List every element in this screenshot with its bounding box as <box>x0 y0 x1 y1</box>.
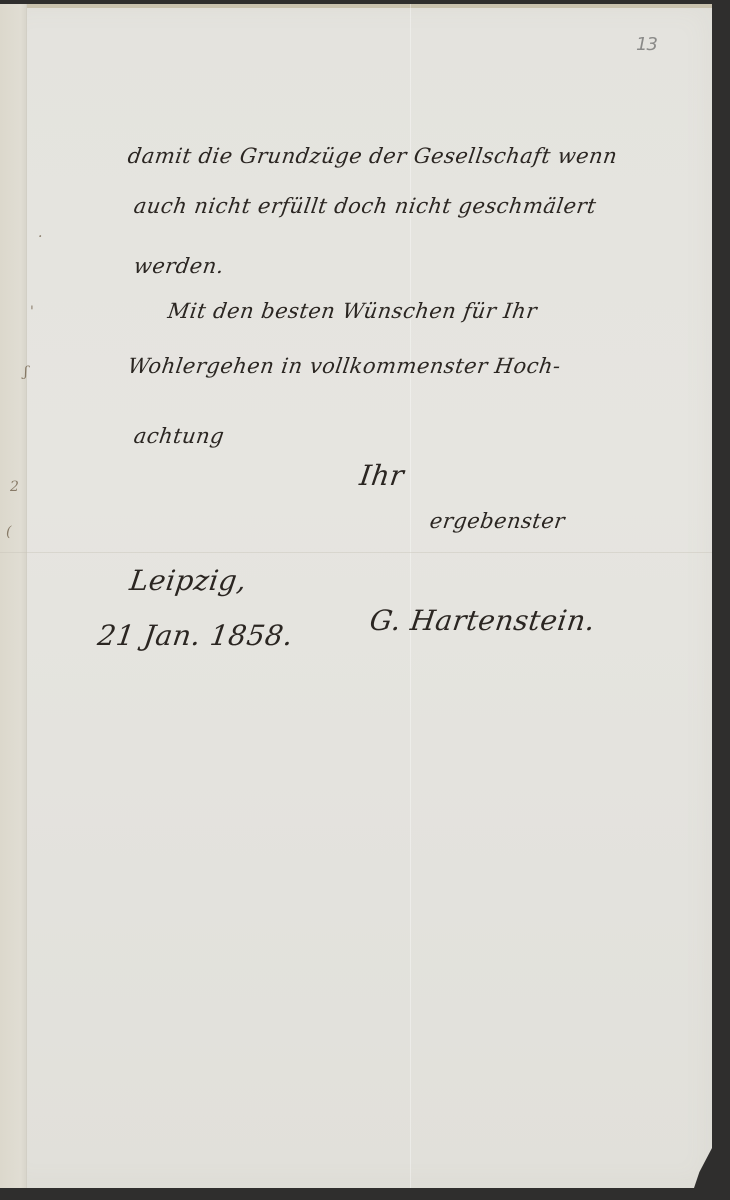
folio-number: 13 <box>636 34 657 55</box>
binding-strip <box>0 4 27 1188</box>
body-line-3: werden. <box>132 254 225 278</box>
body-line-1: damit die Grundzüge der Gesellschaft wen… <box>126 144 619 168</box>
margin-mark: ( <box>6 524 11 540</box>
closing-phrase: ergebenster <box>428 509 566 533</box>
letter-page: · ' ʃ 2 ( 13 damit die Grundzüge der Ges… <box>0 4 712 1188</box>
body-line-2: auch nicht erfüllt doch nicht geschmäler… <box>132 194 598 218</box>
body-line-6: achtung <box>132 424 226 448</box>
margin-mark: ʃ <box>24 364 28 380</box>
vertical-fold-line <box>410 4 411 1188</box>
margin-mark: · <box>38 229 42 245</box>
margin-mark: ' <box>30 304 34 320</box>
body-line-4: Mit den besten Wünschen für Ihr <box>166 299 538 323</box>
closing-salutation: Ihr <box>358 459 407 492</box>
scan-background: · ' ʃ 2 ( 13 damit die Grundzüge der Ges… <box>0 0 730 1200</box>
horizontal-fold-line <box>0 552 712 553</box>
signature: G. Hartenstein. <box>368 604 598 637</box>
body-line-5: Wohlergehen in vollkommenster Hoch- <box>126 354 562 378</box>
place: Leipzig, <box>128 564 249 597</box>
torn-corner <box>694 1148 712 1188</box>
top-edge-strip <box>0 4 712 8</box>
margin-mark: 2 <box>10 479 19 495</box>
date: 21 Jan. 1858. <box>96 619 296 652</box>
